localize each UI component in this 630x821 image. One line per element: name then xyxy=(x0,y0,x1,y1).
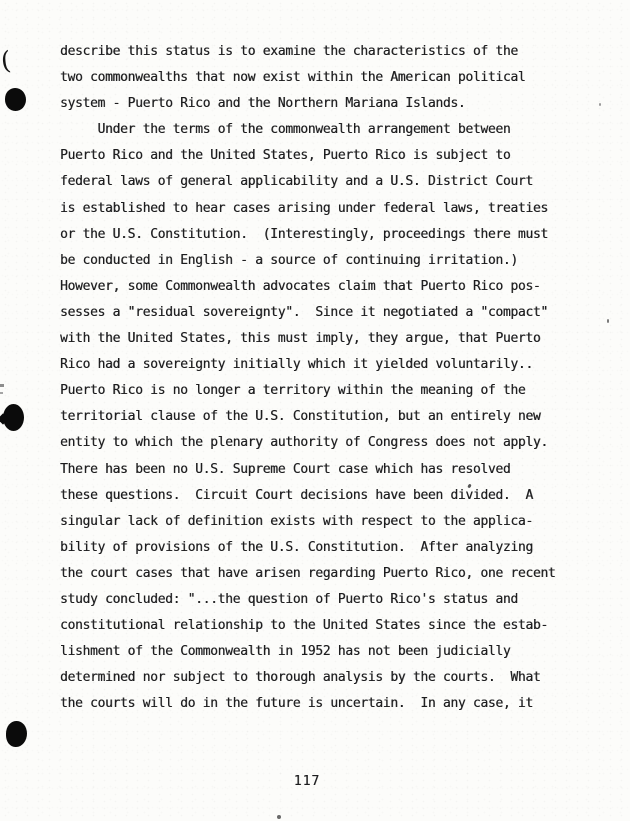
page-number: 117 xyxy=(0,769,614,795)
text-line: describe this status is to examine the c… xyxy=(60,39,600,65)
text-line: Under the terms of the commonwealth arra… xyxy=(60,117,600,143)
text-line: sesses a "residual sovereignty". Since i… xyxy=(60,300,600,326)
ink-speck xyxy=(607,319,609,323)
stray-pen-mark: ( xyxy=(0,48,12,74)
text-line: with the United States, this must imply,… xyxy=(60,326,600,352)
text-line: bility of provisions of the U.S. Constit… xyxy=(60,535,600,561)
document-page: ( describe this status is to examine the… xyxy=(0,0,630,821)
text-line: entity to which the plenary authority of… xyxy=(60,430,600,456)
edge-smudge-mark xyxy=(0,392,3,394)
text-line: these questions. Circuit Court decisions… xyxy=(60,483,600,509)
text-line: Puerto Rico and the United States, Puert… xyxy=(60,143,600,169)
text-line: lishment of the Commonwealth in 1952 has… xyxy=(60,639,600,665)
body-text: describe this status is to examine the c… xyxy=(60,39,600,717)
text-line: be conducted in English - a source of co… xyxy=(60,248,600,274)
text-line: two commonwealths that now exist within … xyxy=(60,65,600,91)
text-line: system - Puerto Rico and the Northern Ma… xyxy=(60,91,600,117)
punch-hole-mark-bottom xyxy=(6,721,27,747)
text-line: Puerto Rico is no longer a territory wit… xyxy=(60,378,600,404)
text-line: the courts will do in the future is unce… xyxy=(60,691,600,717)
text-line: territorial clause of the U.S. Constitut… xyxy=(60,404,600,430)
punch-hole-mark-middle xyxy=(3,404,24,431)
text-line: the court cases that have arisen regardi… xyxy=(60,561,600,587)
text-line: study concluded: "...the question of Pue… xyxy=(60,587,600,613)
text-line: There has been no U.S. Supreme Court cas… xyxy=(60,457,600,483)
text-line: or the U.S. Constitution. (Interestingly… xyxy=(60,222,600,248)
punch-hole-mark-top xyxy=(5,88,26,111)
text-line: singular lack of definition exists with … xyxy=(60,509,600,535)
text-line: Rico had a sovereignty initially which i… xyxy=(60,352,600,378)
ink-speck xyxy=(277,815,281,819)
text-line: determined nor subject to thorough analy… xyxy=(60,665,600,691)
text-line: is established to hear cases arising und… xyxy=(60,196,600,222)
text-line: federal laws of general applicability an… xyxy=(60,169,600,195)
text-line: However, some Commonwealth advocates cla… xyxy=(60,274,600,300)
text-line: constitutional relationship to the Unite… xyxy=(60,613,600,639)
edge-smudge-mark xyxy=(0,384,4,387)
